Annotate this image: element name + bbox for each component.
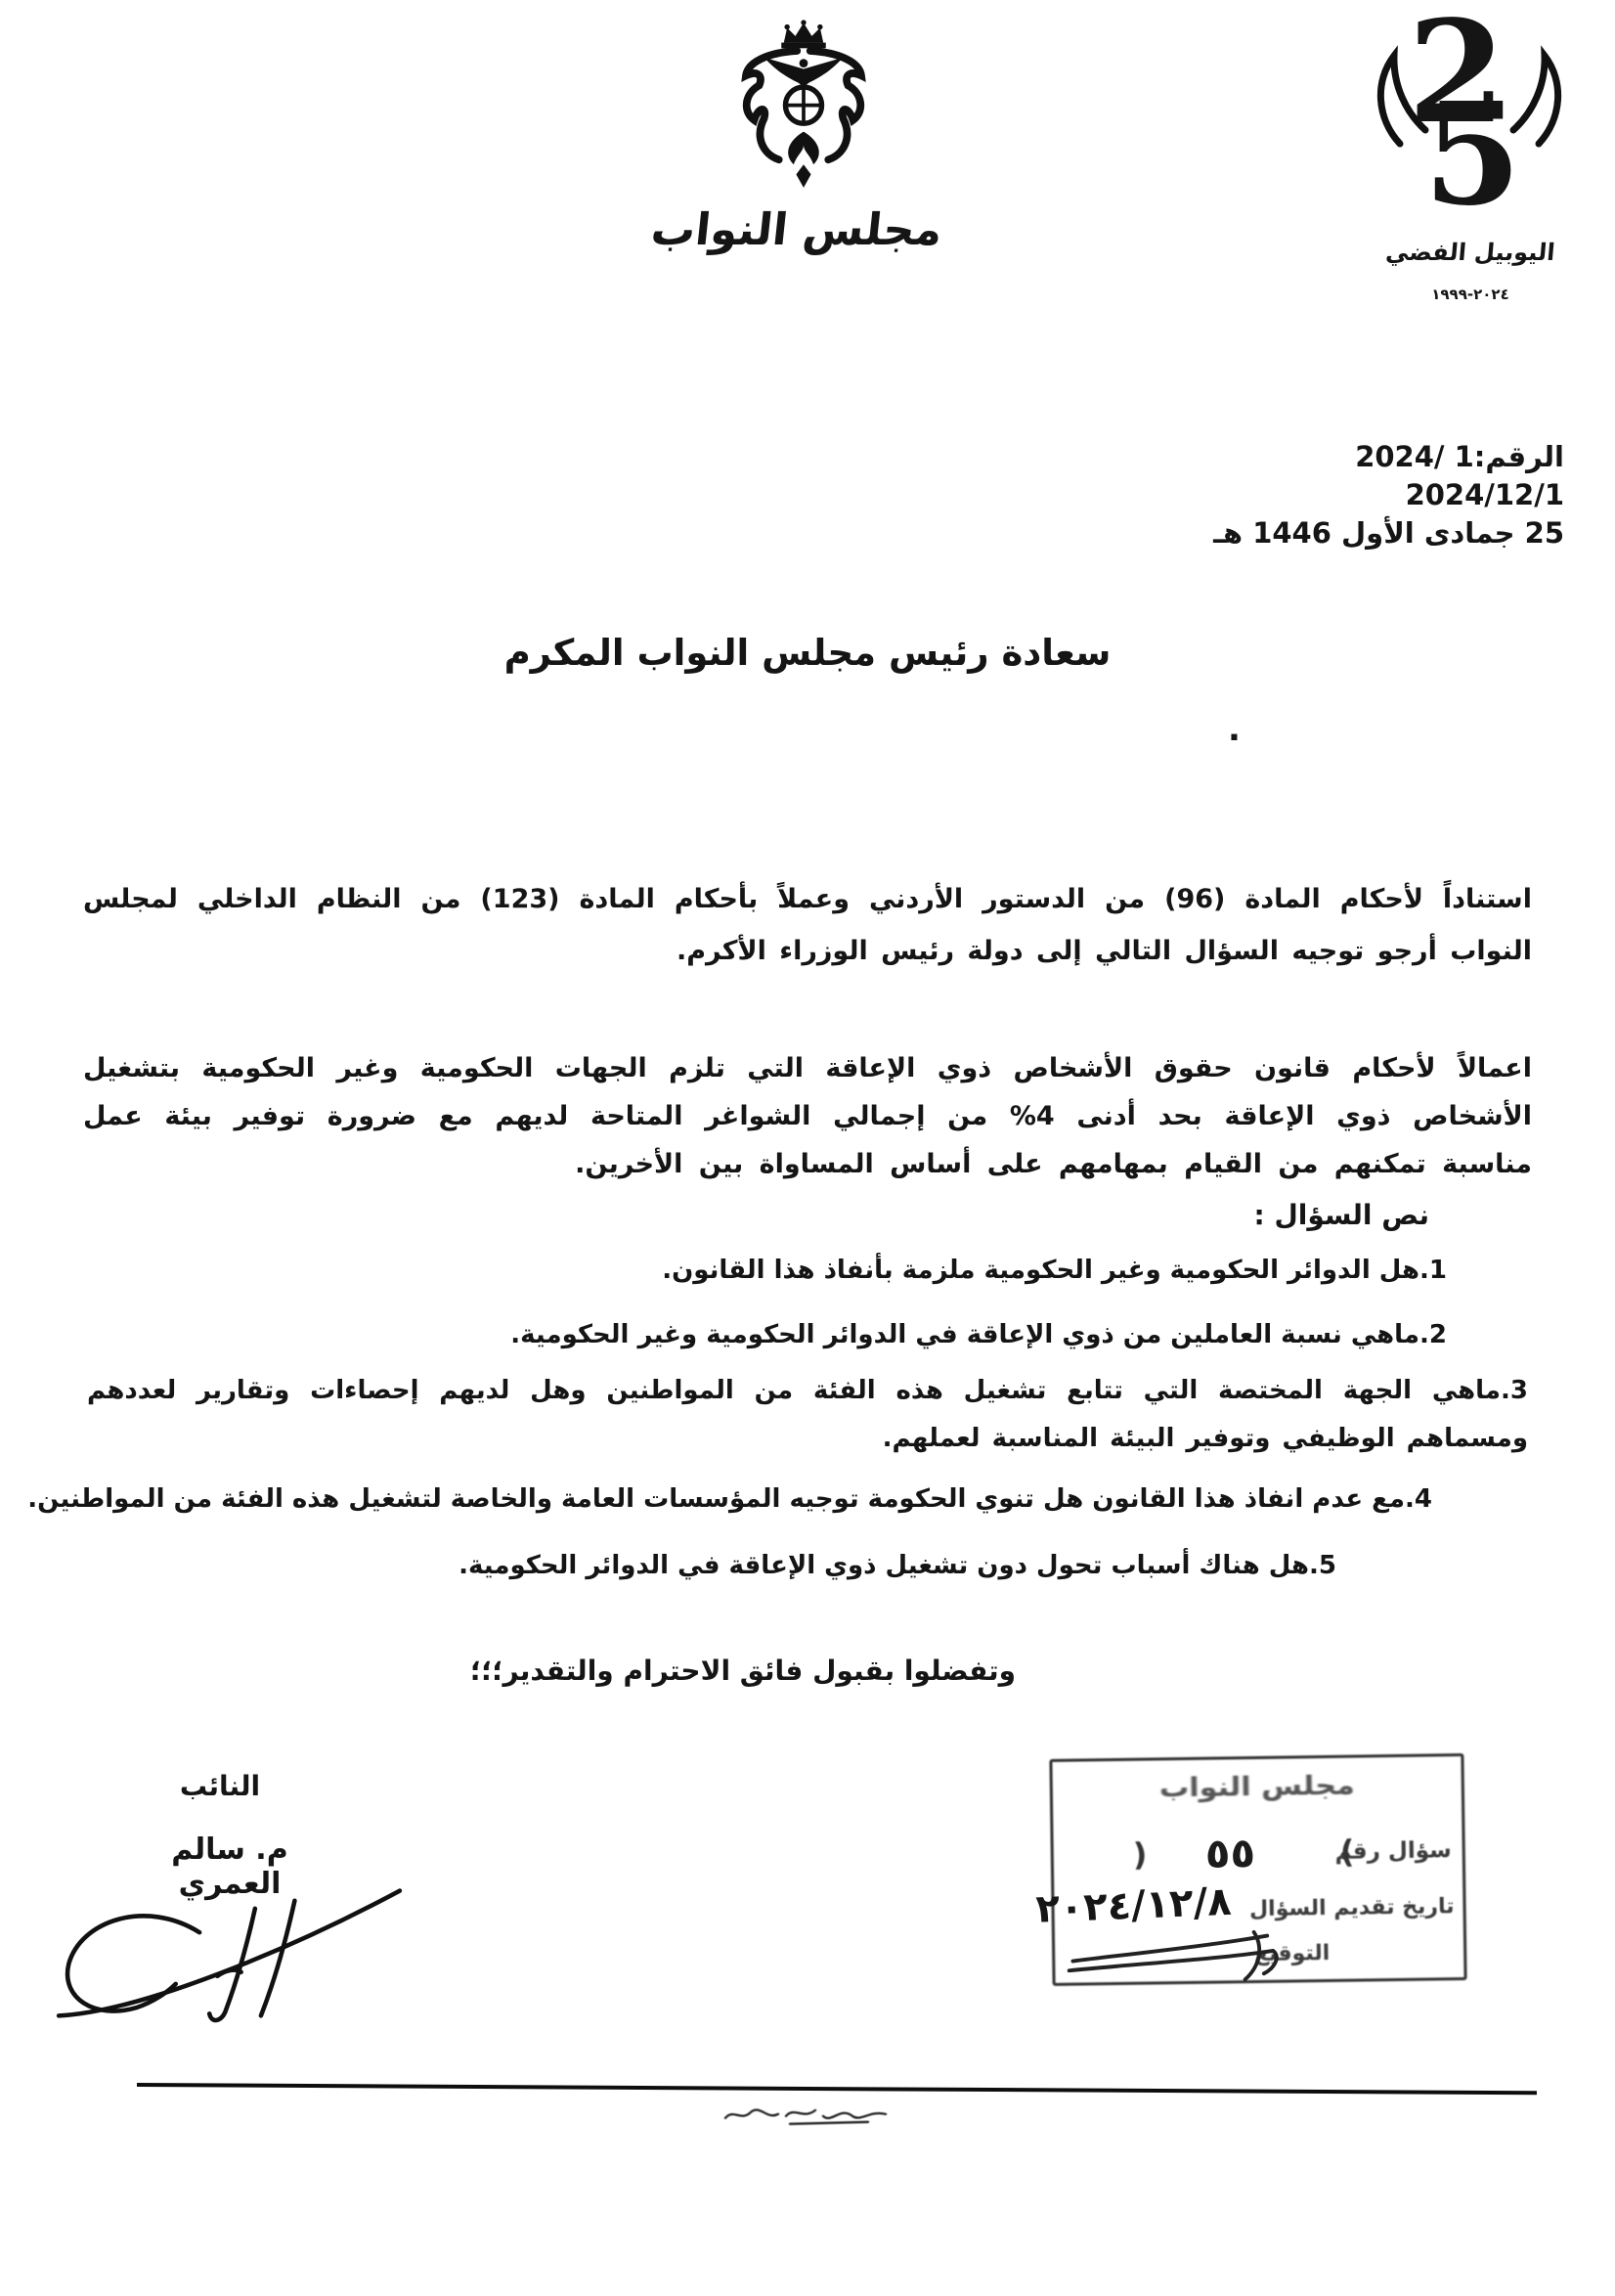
receipt-stamp-box: مجلس النواب سؤال رقم ) ٥٥ ( تاريخ تقديم … [1049,1753,1466,1986]
stamp-org: مجلس النواب [1025,1769,1489,1806]
jordan-coat-of-arms-icon [720,20,887,198]
letter-salutation: سعادة رئيس مجلس النواب المكرم [0,632,1615,674]
question-item-2: 2.ماهي نسبة العاملين من ذوي الإعاقة في ا… [510,1320,1447,1349]
signer-role: النائب [147,1770,293,1802]
stamp-signature-scribble-icon [1066,1926,1287,1986]
question-item-4: 4.مع عدم انفاذ هذا القانون هل تنوي الحكو… [27,1484,1432,1514]
question-item-3: 3.ماهي الجهة المختصة التي تتابع تشغيل هذ… [87,1367,1528,1463]
jubilee-years: ٢٠٢٤-١٩٩٩ [1367,286,1574,303]
stray-dot: . [1228,710,1241,749]
scanned-letter-page: مجلس النواب 2 5 اليوبيل الفضي ٢٠٢٤-١٩٩٩ … [0,0,1615,2296]
handwritten-signature-icon [51,1879,408,2031]
reference-block: الرقم:1 /2024 2024/12/1 25 جمادى الأول 1… [1213,438,1564,552]
question-item-1: 1.هل الدوائر الحكومية وغير الحكومية ملزم… [662,1256,1447,1285]
jubilee-caption: اليوبيل الفضي [1366,239,1575,266]
stamp-question-number: ٥٥ [1204,1829,1255,1877]
footer-rule [137,2083,1537,2095]
jubilee-digit-5: 5 [1423,84,1521,225]
stamp-date-value: ٢٠٢٤/١٢/٨ [1035,1879,1233,1932]
question-item-5: 5.هل هناك أسباب تحول دون تشغيل ذوي الإعا… [458,1551,1336,1580]
closing-line: وتفضلوا بقبول فائق الاحترام والتقدير؛؛؛ [352,1655,1134,1687]
stamp-paren-open: ( [1133,1836,1148,1874]
background-paragraph: اعمالاً لأحكام قانون حقوق الأشخاص ذوي ال… [83,1044,1532,1188]
reference-number: الرقم:1 /2024 [1213,438,1564,476]
stamp-date-label: تاريخ تقديم السؤال [1249,1894,1455,1921]
footer-smudge-scribble [721,2102,893,2130]
stamp-paren-close: ) [1339,1833,1354,1871]
intro-paragraph: استناداً لأحكام المادة (96) من الدستور ا… [83,873,1532,977]
reference-date-gregorian: 2024/12/1 [1213,476,1564,514]
question-heading: نص السؤال : [1254,1199,1429,1231]
reference-date-hijri: 25 جمادى الأول 1446 هـ [1213,514,1564,552]
emblem-caption: مجلس النواب [642,203,951,255]
